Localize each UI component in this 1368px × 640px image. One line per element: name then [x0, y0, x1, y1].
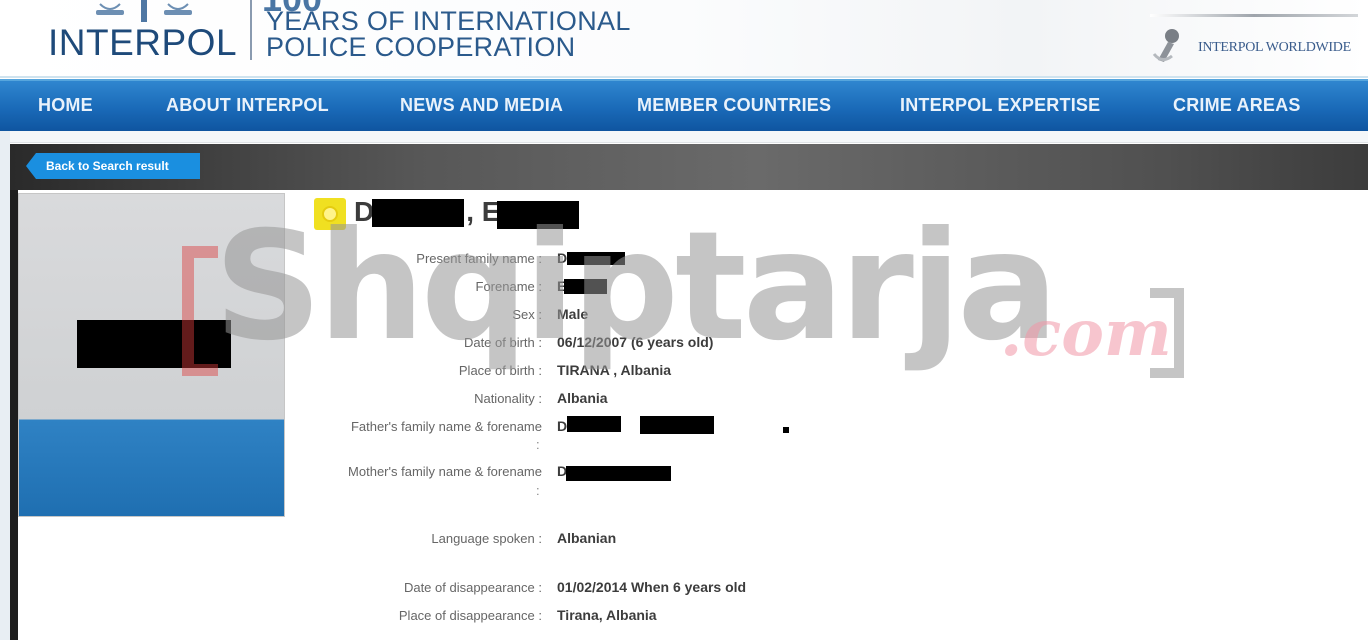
- value-nationality: Albania: [557, 390, 608, 406]
- main-nav: HOME ABOUT INTERPOL NEWS AND MEDIA MEMBE…: [0, 79, 1368, 131]
- nav-news-and-media[interactable]: NEWS AND MEDIA: [400, 95, 563, 116]
- interpol-emblem-icon: [92, 0, 196, 22]
- nav-about-interpol[interactable]: ABOUT INTERPOL: [166, 95, 329, 116]
- value-date-of-disappearance: 01/02/2014 When 6 years old: [557, 579, 746, 595]
- value-language-spoken: Albanian: [557, 530, 616, 546]
- header-divider: [1150, 14, 1358, 17]
- redaction-bar: [640, 416, 714, 434]
- label-mother-name: Mother's family name & forename: [348, 464, 542, 479]
- watermark-bracket-right: [1150, 288, 1184, 378]
- site-header: INTERPOL 100 YEARS OF INTERNATIONAL POLI…: [0, 0, 1368, 78]
- label-place-of-disappearance: Place of disappearance :: [399, 608, 542, 623]
- logo-divider: [250, 0, 252, 60]
- label-date-of-disappearance: Date of disappearance :: [404, 580, 542, 595]
- nav-crime-areas[interactable]: CRIME AREAS: [1173, 95, 1301, 116]
- colon: :: [536, 483, 540, 498]
- nav-strip: [0, 131, 1368, 143]
- globe-figure-icon[interactable]: [1148, 26, 1184, 66]
- interpol-worldwide-link[interactable]: INTERPOL WORLDWIDE: [1198, 40, 1351, 56]
- back-to-search-button[interactable]: Back to Search result: [26, 153, 200, 179]
- nav-member-countries[interactable]: MEMBER COUNTRIES: [637, 95, 831, 116]
- watermark-suffix: .com: [1000, 296, 1172, 371]
- interpol-logo[interactable]: INTERPOL: [48, 22, 237, 64]
- label-language-spoken: Language spoken :: [431, 531, 542, 546]
- nav-home[interactable]: HOME: [38, 95, 93, 116]
- value-place-of-disappearance: Tirana, Albania: [557, 607, 657, 623]
- redaction-bar: [566, 466, 671, 481]
- label-nationality: Nationality :: [474, 391, 542, 406]
- watermark-text: Shqiptarja: [214, 212, 1055, 362]
- nav-interpol-expertise[interactable]: INTERPOL EXPERTISE: [900, 95, 1100, 116]
- redaction-bar: [567, 416, 621, 432]
- notice-toolbar: [10, 144, 1368, 190]
- watermark-bracket-left: [182, 246, 218, 376]
- anniversary-line-2: POLICE COOPERATION: [266, 32, 575, 63]
- label-father-name: Father's family name & forename: [351, 419, 542, 434]
- redaction-dot: [783, 427, 789, 433]
- page-left-edge: [0, 131, 10, 640]
- colon: :: [536, 437, 540, 452]
- value-father-name: D: [557, 418, 567, 434]
